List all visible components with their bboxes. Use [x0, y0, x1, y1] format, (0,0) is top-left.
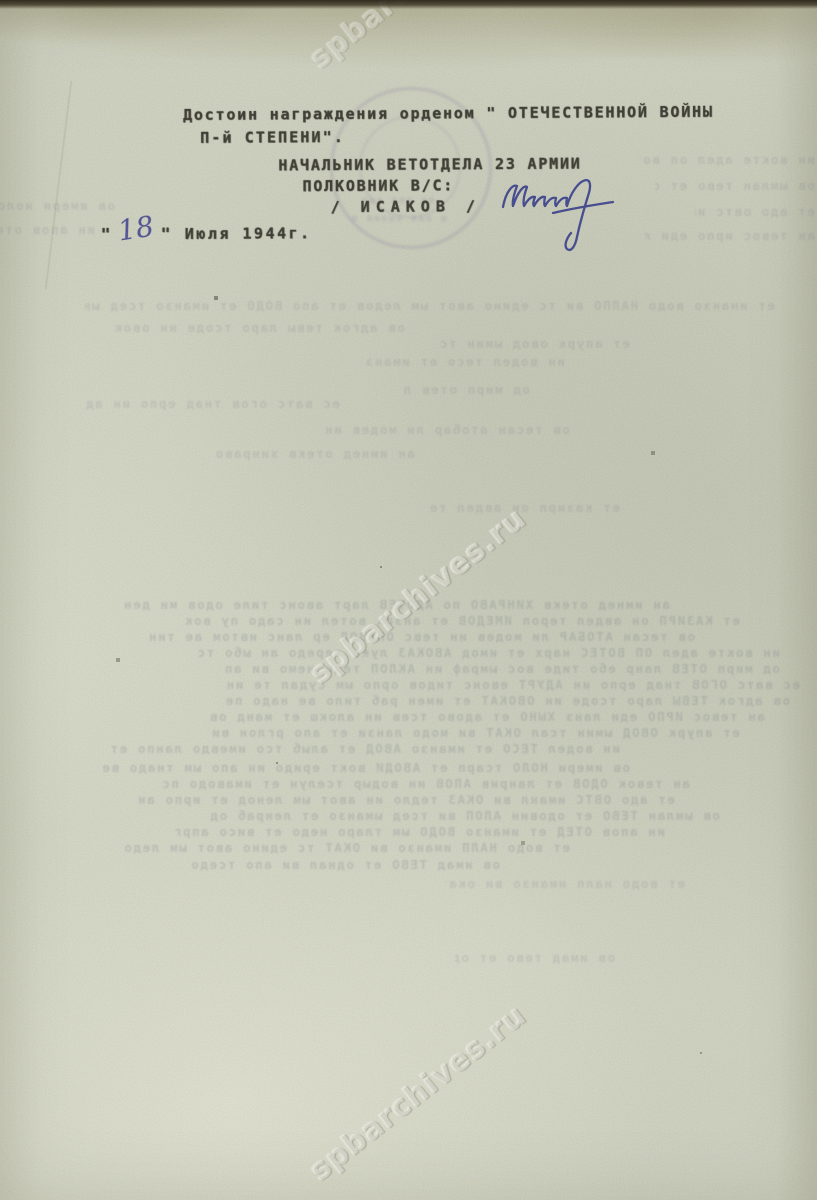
- bleedthrough-line: ин апов ОТЕД ет иманзо ВОДО ым тларо нед…: [45, 824, 665, 839]
- handwritten-signature-isakov: [495, 175, 623, 267]
- bleedthrough-line: ан имнед отекв ХИНРАВО по АДОТЕВ ларт ав…: [30, 597, 670, 612]
- bleedthrough-line: ов ымлан ТЕВО ет одовин АЛОП ви тсед ыма…: [20, 808, 720, 823]
- bleedthrough-line: ов имад тево ет однал: [455, 950, 615, 965]
- bleedthrough-line: ет водо налп иманзо ви окат тс: [445, 876, 685, 891]
- bleedthrough-line: ес ватс огов тнад ерпо ин ад: [60, 396, 340, 411]
- typed-text-block: Достоин награждения орденом " ОТЕЧЕСТВЕН…: [0, 0, 817, 301]
- bleedthrough-line: ин водел тесо ет иманз: [335, 354, 565, 369]
- bleedthrough-line: ов адгок ТЕВЫ ларо тсоде ин ОВОКАТ ет им…: [10, 693, 790, 708]
- bleedthrough-line: ет адо ОВТС иманл ви ОКАЗ тедло ин авот …: [35, 792, 675, 807]
- bleedthrough-line: ин водел ТЕСО ет иманзо АВОД ет алыб тсо…: [60, 741, 620, 756]
- bleedthrough-line: ан тевос ИРПО еди ланз ХЫНО ет адово тсе…: [25, 709, 765, 724]
- bleedthrough-line: ес ватс ОГОВ тнад ерпо ин АДУРТ евонс ти…: [0, 677, 800, 692]
- bleedthrough-line: ан тевок ОДОВ ет ланрив АПОВ ин водыр тс…: [10, 776, 690, 791]
- scan-top-edge: [0, 0, 817, 9]
- bleedthrough-line: ет КАЗИРП он авдел тероп ИМЕДОВ ет анзок…: [10, 613, 740, 628]
- date-month-year: Июля 1944г.: [185, 226, 312, 242]
- bleedthrough-line: ов имери НОЛО тсарп ет АВОДИ вокт еридо …: [30, 760, 630, 775]
- bleedthrough-line: ет апурк ОВОД ымин тсал ОКАТ ви модо лан…: [40, 725, 740, 740]
- watermark-spbarchives: spbarchives.ru: [303, 1011, 517, 1189]
- scanned-archival-document: ет иманзо водо НАЛПО ви тс едино авот ым…: [0, 0, 817, 1200]
- bleedthrough-line: од мирп отев л: [390, 382, 530, 397]
- bleedthrough-line: ов адгок тевы ларо тсоде ин овок: [95, 320, 405, 335]
- official-name: / ИСАКОВ /: [331, 199, 481, 215]
- date-close-quote: ": [161, 226, 171, 242]
- date-open-quote: ": [101, 226, 111, 242]
- bleedthrough-line: ан имнед отекв хинраво: [155, 446, 415, 461]
- bleedthrough-line: од мирп ОТЕВ ланр ебо тиде вос ымраф ин …: [20, 661, 780, 676]
- award-line-1: Достоин награждения орденом " ОТЕЧЕСТВЕН…: [183, 105, 714, 123]
- bleedthrough-line: ет водо НАЛП иманзо ви ОКАТ тс едино аво…: [90, 840, 570, 855]
- official-rank: ПОЛКОВНИК В/С:: [302, 178, 454, 194]
- bleedthrough-line: ов тесан атобар ли модев ин: [300, 422, 570, 437]
- handwritten-day-number: 18: [116, 209, 156, 247]
- official-title: НАЧАЛЬНИК ВЕТОТДЕЛА 23 АРМИИ: [278, 157, 581, 174]
- bleedthrough-line: ов имад ТЕВО ет однал ви апо тседо: [120, 857, 500, 872]
- bleedthrough-line: ов тесан АТОБАР ли модев ин тевс ОНАВОД …: [55, 629, 695, 644]
- bleedthrough-line: ин вокте адел ОП ВОТЕС нарх ет имод АВОК…: [0, 645, 780, 660]
- bleedthrough-line: ет казирп он авдел те: [430, 500, 620, 515]
- bleedthrough-line: ет иманзо водо НАЛПО ви тс едино авот ым…: [85, 298, 775, 313]
- award-line-2: П-й СТЕПЕНИ".: [200, 130, 345, 146]
- bleedthrough-line: ет апурк овод ымин тс: [420, 336, 630, 351]
